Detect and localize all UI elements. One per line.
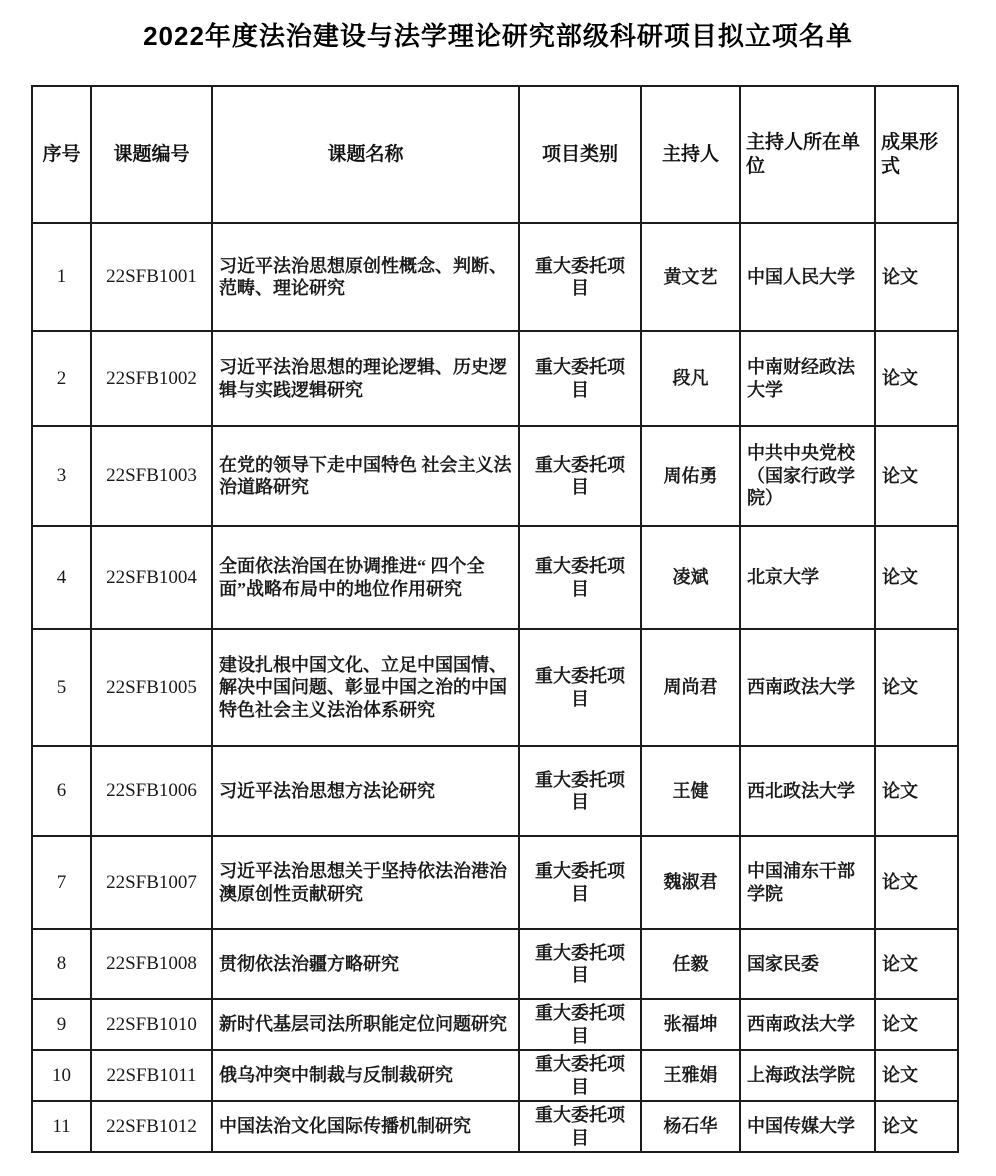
cell-leader: 王雅娟 xyxy=(641,1050,740,1101)
cell-name: 中国法治文化国际传播机制研究 xyxy=(212,1101,519,1152)
projects-table: 序号 课题编号 课题名称 项目类别 主持人 主持人所在单位 成果形式 1 22S… xyxy=(31,85,959,1153)
page-title: 2022年度法治建设与法学理论研究部级科研项目拟立项名单 xyxy=(0,16,996,53)
cell-name: 习近平法治思想原创性概念、判断、范畴、理论研究 xyxy=(212,223,519,331)
col-header-result: 成果形式 xyxy=(875,86,958,223)
cell-seq: 2 xyxy=(32,331,91,426)
cell-code: 22SFB1004 xyxy=(91,526,212,629)
cell-org: 中南财经政法大学 xyxy=(740,331,875,426)
cell-seq: 7 xyxy=(32,836,91,929)
table-row: 11 22SFB1012 中国法治文化国际传播机制研究 重大委托项目 杨石华 中… xyxy=(32,1101,958,1152)
cell-category: 重大委托项目 xyxy=(519,526,641,629)
cell-result: 论文 xyxy=(875,426,958,526)
cell-org: 国家民委 xyxy=(740,929,875,999)
cell-result: 论文 xyxy=(875,1101,958,1152)
cell-category: 重大委托项目 xyxy=(519,929,641,999)
cell-result: 论文 xyxy=(875,836,958,929)
cell-name: 建设扎根中国文化、立足中国国情、解决中国问题、彰显中国之治的中国特色社会主义法治… xyxy=(212,629,519,746)
cell-result: 论文 xyxy=(875,1050,958,1101)
table-row: 1 22SFB1001 习近平法治思想原创性概念、判断、范畴、理论研究 重大委托… xyxy=(32,223,958,331)
table-row: 7 22SFB1007 习近平法治思想关于坚持依法治港治澳原创性贡献研究 重大委… xyxy=(32,836,958,929)
table-row: 3 22SFB1003 在党的领导下走中国特色 社会主义法治道路研究 重大委托项… xyxy=(32,426,958,526)
cell-org: 中共中央党校（国家行政学院） xyxy=(740,426,875,526)
cell-org: 北京大学 xyxy=(740,526,875,629)
cell-leader: 任毅 xyxy=(641,929,740,999)
cell-leader: 王健 xyxy=(641,746,740,836)
cell-org: 中国传媒大学 xyxy=(740,1101,875,1152)
cell-category: 重大委托项目 xyxy=(519,1050,641,1101)
cell-result: 论文 xyxy=(875,629,958,746)
table-row: 4 22SFB1004 全面依法治国在协调推进“ 四个全面”战略布局中的地位作用… xyxy=(32,526,958,629)
cell-org: 中国浦东干部学院 xyxy=(740,836,875,929)
cell-result: 论文 xyxy=(875,999,958,1050)
table-header-row: 序号 课题编号 课题名称 项目类别 主持人 主持人所在单位 成果形式 xyxy=(32,86,958,223)
cell-name: 在党的领导下走中国特色 社会主义法治道路研究 xyxy=(212,426,519,526)
cell-code: 22SFB1006 xyxy=(91,746,212,836)
cell-code: 22SFB1010 xyxy=(91,999,212,1050)
cell-name: 新时代基层司法所职能定位问题研究 xyxy=(212,999,519,1050)
cell-result: 论文 xyxy=(875,331,958,426)
cell-category: 重大委托项目 xyxy=(519,746,641,836)
cell-category: 重大委托项目 xyxy=(519,426,641,526)
cell-seq: 9 xyxy=(32,999,91,1050)
cell-code: 22SFB1002 xyxy=(91,331,212,426)
cell-name: 习近平法治思想方法论研究 xyxy=(212,746,519,836)
cell-leader: 周佑勇 xyxy=(641,426,740,526)
col-header-category: 项目类别 xyxy=(519,86,641,223)
cell-leader: 黄文艺 xyxy=(641,223,740,331)
cell-leader: 段凡 xyxy=(641,331,740,426)
cell-result: 论文 xyxy=(875,746,958,836)
cell-seq: 6 xyxy=(32,746,91,836)
cell-code: 22SFB1003 xyxy=(91,426,212,526)
cell-code: 22SFB1008 xyxy=(91,929,212,999)
col-header-leader: 主持人 xyxy=(641,86,740,223)
cell-result: 论文 xyxy=(875,223,958,331)
cell-category: 重大委托项目 xyxy=(519,1101,641,1152)
cell-code: 22SFB1011 xyxy=(91,1050,212,1101)
cell-code: 22SFB1005 xyxy=(91,629,212,746)
cell-seq: 11 xyxy=(32,1101,91,1152)
cell-org: 西北政法大学 xyxy=(740,746,875,836)
cell-seq: 4 xyxy=(32,526,91,629)
col-header-org: 主持人所在单位 xyxy=(740,86,875,223)
table-row: 8 22SFB1008 贯彻依法治疆方略研究 重大委托项目 任毅 国家民委 论文 xyxy=(32,929,958,999)
cell-name: 全面依法治国在协调推进“ 四个全面”战略布局中的地位作用研究 xyxy=(212,526,519,629)
table-row: 10 22SFB1011 俄乌冲突中制裁与反制裁研究 重大委托项目 王雅娟 上海… xyxy=(32,1050,958,1101)
cell-result: 论文 xyxy=(875,526,958,629)
cell-name: 俄乌冲突中制裁与反制裁研究 xyxy=(212,1050,519,1101)
cell-name: 习近平法治思想的理论逻辑、历史逻辑与实践逻辑研究 xyxy=(212,331,519,426)
cell-org: 西南政法大学 xyxy=(740,629,875,746)
table-row: 9 22SFB1010 新时代基层司法所职能定位问题研究 重大委托项目 张福坤 … xyxy=(32,999,958,1050)
cell-category: 重大委托项目 xyxy=(519,629,641,746)
cell-leader: 杨石华 xyxy=(641,1101,740,1152)
table-row: 5 22SFB1005 建设扎根中国文化、立足中国国情、解决中国问题、彰显中国之… xyxy=(32,629,958,746)
cell-name: 贯彻依法治疆方略研究 xyxy=(212,929,519,999)
cell-leader: 魏淑君 xyxy=(641,836,740,929)
cell-seq: 5 xyxy=(32,629,91,746)
cell-seq: 1 xyxy=(32,223,91,331)
cell-name: 习近平法治思想关于坚持依法治港治澳原创性贡献研究 xyxy=(212,836,519,929)
cell-category: 重大委托项目 xyxy=(519,331,641,426)
cell-org: 中国人民大学 xyxy=(740,223,875,331)
col-header-code: 课题编号 xyxy=(91,86,212,223)
cell-leader: 凌斌 xyxy=(641,526,740,629)
col-header-seq: 序号 xyxy=(32,86,91,223)
col-header-name: 课题名称 xyxy=(212,86,519,223)
cell-code: 22SFB1001 xyxy=(91,223,212,331)
cell-seq: 3 xyxy=(32,426,91,526)
cell-code: 22SFB1007 xyxy=(91,836,212,929)
cell-leader: 张福坤 xyxy=(641,999,740,1050)
cell-org: 上海政法学院 xyxy=(740,1050,875,1101)
cell-seq: 10 xyxy=(32,1050,91,1101)
document-page: 2022年度法治建设与法学理论研究部级科研项目拟立项名单 序号 课题编号 课题名… xyxy=(0,0,996,1176)
cell-category: 重大委托项目 xyxy=(519,999,641,1050)
cell-category: 重大委托项目 xyxy=(519,836,641,929)
cell-result: 论文 xyxy=(875,929,958,999)
cell-leader: 周尚君 xyxy=(641,629,740,746)
cell-code: 22SFB1012 xyxy=(91,1101,212,1152)
cell-org: 西南政法大学 xyxy=(740,999,875,1050)
table-row: 2 22SFB1002 习近平法治思想的理论逻辑、历史逻辑与实践逻辑研究 重大委… xyxy=(32,331,958,426)
cell-seq: 8 xyxy=(32,929,91,999)
cell-category: 重大委托项目 xyxy=(519,223,641,331)
table-row: 6 22SFB1006 习近平法治思想方法论研究 重大委托项目 王健 西北政法大… xyxy=(32,746,958,836)
